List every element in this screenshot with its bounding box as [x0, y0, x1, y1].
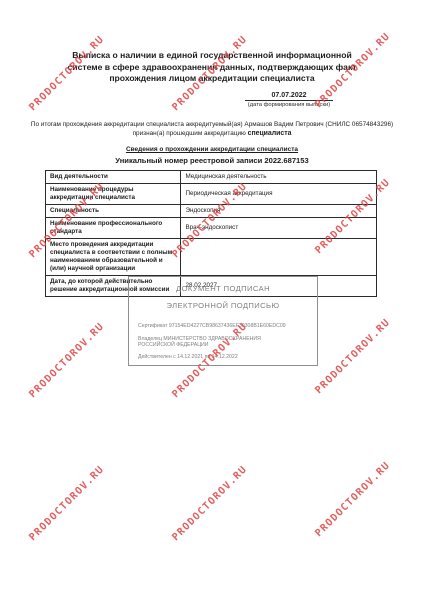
table-row: Наименование профессионального стандарта…: [46, 218, 377, 239]
row-label: Вид деятельности: [46, 171, 181, 184]
signature-title-line2: ЭЛЕКТРОННОЙ ПОДПИСЬЮ: [129, 301, 317, 310]
row-label: Наименование процедуры аккредитации спец…: [46, 184, 181, 205]
row-label: Место проведения аккредитации специалист…: [46, 239, 181, 276]
intro-line2-prefix: признан(а) прошедшим аккредитацию: [133, 130, 248, 137]
row-label: Специальность: [46, 205, 181, 218]
document-title-line2: системе в сфере здравоохранения данных, …: [62, 62, 362, 74]
row-value: Медицинская деятельность: [181, 171, 377, 184]
intro-line2: признан(а) прошедшим аккредитацию специа…: [30, 129, 394, 138]
registry-number: Уникальный номер реестровой записи 2022.…: [62, 156, 362, 165]
issue-date: 07.07.2022: [245, 92, 333, 101]
row-value: Периодическая аккредитация: [181, 184, 377, 205]
row-value: [181, 239, 377, 276]
document-title: Выписка о наличии в единой государственн…: [62, 50, 362, 85]
signature-block: ДОКУМЕНТ ПОДПИСАН ЭЛЕКТРОННОЙ ПОДПИСЬЮ С…: [128, 276, 318, 366]
issue-date-block: 07.07.2022 (дата формирования выписки): [245, 92, 333, 108]
signature-title-line1: ДОКУМЕНТ ПОДПИСАН: [129, 284, 317, 293]
document-title-line1: Выписка о наличии в единой государственн…: [62, 50, 362, 62]
validity-line: Действителен с 14.12.2021 по 14.12.2022: [138, 354, 308, 361]
section-subtitle: Сведения о прохождении аккредитации спец…: [62, 146, 362, 153]
table-row: Специальность Эндоскопия: [46, 205, 377, 218]
issue-date-caption: (дата формирования выписки): [245, 102, 333, 108]
owner-line: Владелец МИНИСТЕРСТВО ЗДРАВООХРАНЕНИЯ РО…: [138, 336, 298, 349]
intro-paragraph: По итогам прохождения аккредитации специ…: [30, 120, 394, 138]
document-page: Выписка о наличии в единой государственн…: [0, 0, 424, 600]
table-row: Наименование процедуры аккредитации спец…: [46, 184, 377, 205]
row-label: Наименование профессионального стандарта: [46, 218, 181, 239]
intro-line1: По итогам прохождения аккредитации специ…: [30, 120, 394, 129]
table-row: Вид деятельности Медицинская деятельност…: [46, 171, 377, 184]
intro-line2-bold: специалиста: [248, 130, 292, 137]
certificate-line: Сертификат 97154ED4227CB98637436EF30308B…: [138, 323, 308, 330]
table-row: Место проведения аккредитации специалист…: [46, 239, 377, 276]
document-title-line3: прохождения лицом аккредитации специалис…: [62, 73, 362, 85]
row-value: Эндоскопия: [181, 205, 377, 218]
document-content: Выписка о наличии в единой государственн…: [0, 0, 424, 600]
row-value: Врач-эндоскопист: [181, 218, 377, 239]
